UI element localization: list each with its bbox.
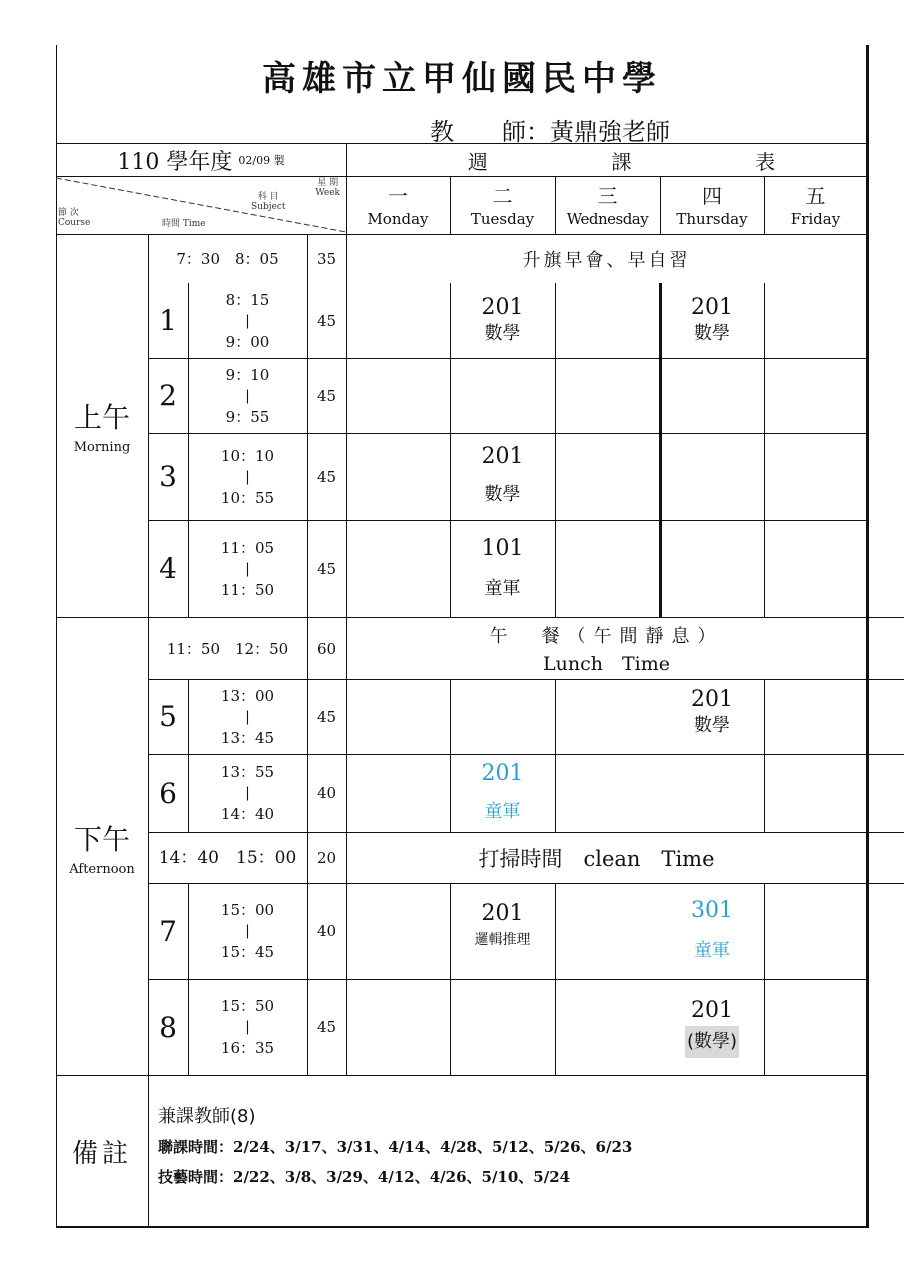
lesson-subject: 數學: [485, 475, 521, 515]
time-label-cn: 時間: [162, 219, 180, 229]
period-end: 9：00: [226, 330, 270, 354]
section-label-cn: 上午: [74, 396, 130, 436]
subject-label-en: Subject: [251, 202, 286, 212]
day-en: Wednesday: [567, 209, 648, 229]
period-end: 14：40: [221, 802, 274, 826]
day-header-friday: 五 Friday: [764, 177, 867, 234]
lesson-subject: 童軍: [485, 569, 521, 609]
period-number: 6: [148, 754, 188, 832]
lesson-class: 201: [482, 439, 524, 475]
section-label-cn: 下午: [74, 818, 130, 858]
period-number: 8: [148, 979, 188, 1075]
lesson-cell[interactable]: 301 童軍: [660, 883, 764, 979]
lesson-cell[interactable]: 201 邏輯推理: [450, 883, 555, 979]
period-number: 5: [148, 679, 188, 754]
cleaning-minutes: 20: [307, 833, 346, 883]
remarks-label: 備註: [56, 1076, 148, 1226]
lesson-subject: (數學): [685, 1026, 739, 1058]
lesson-subject: 童軍: [485, 793, 521, 831]
lunch-minutes: 60: [307, 618, 346, 679]
teacher-name: 教 師：黃鼎強老師: [430, 112, 830, 142]
lesson-class: 301: [691, 891, 733, 931]
divider: [764, 883, 765, 1075]
remarks-content: 兼課教師(8) 聯課時間：2/24、3/17、3/31、4/14、4/28、5/…: [158, 1102, 858, 1212]
lesson-subject: 數學: [485, 321, 521, 347]
lesson-cell[interactable]: 201 數學: [450, 283, 555, 358]
period-start: 15：50: [221, 994, 274, 1018]
day-header-wednesday: 三 Wednesday: [555, 177, 660, 234]
period-time: 15：00|15：45: [188, 883, 307, 979]
table-title-char: 週: [468, 146, 488, 175]
section-label-en: Morning: [74, 440, 131, 455]
period-end: 13：45: [221, 726, 274, 750]
period-end: 15：45: [221, 940, 274, 964]
period-minutes: 45: [307, 358, 346, 433]
period-start: 13：00: [221, 684, 274, 708]
lesson-class: 201: [482, 295, 524, 321]
lesson-class: 201: [691, 996, 733, 1026]
made-date: 02/09 製: [238, 152, 284, 168]
period-minutes: 40: [307, 754, 346, 832]
period-time: 8：15|9：00: [188, 283, 307, 358]
lesson-class: 201: [691, 295, 733, 321]
divider: [555, 883, 556, 1075]
section-label-en: Afternoon: [69, 862, 135, 877]
day-en: Friday: [791, 209, 840, 229]
lunch-label-en: Lunch Time: [543, 652, 670, 676]
period-start: 13：55: [221, 760, 274, 784]
period-end: 16：35: [221, 1036, 274, 1060]
week-label-cn: 星 期: [315, 178, 340, 188]
lesson-cell[interactable]: 201 (數學): [660, 979, 764, 1075]
week-label-en: Week: [315, 188, 340, 198]
day-en: Monday: [367, 209, 428, 229]
table-title-char: 表: [755, 146, 775, 175]
remarks-line: 技藝時間：2/22、3/8、3/29、4/12、4/26、5/10、5/24: [158, 1162, 858, 1192]
day-cn: 三: [598, 183, 618, 209]
period-time: 13：00|13：45: [188, 679, 307, 754]
divider: [764, 283, 765, 617]
lesson-cell[interactable]: 201 數學: [450, 433, 555, 520]
cleaning-time: 14：40 15：00: [148, 833, 307, 883]
cleaning-label: 打掃時間 clean Time: [346, 833, 867, 883]
lunch-label: 午 餐（午間靜息） Lunch Time: [346, 618, 867, 679]
period-end: 10：55: [221, 486, 274, 510]
period-start: 15：00: [221, 898, 274, 922]
table-title: 週 課 表: [346, 144, 867, 176]
lesson-subject: 數學: [694, 713, 730, 739]
day-header-tuesday: 二 Tuesday: [450, 177, 555, 234]
border-bottom: [56, 1226, 868, 1228]
period-minutes: 45: [307, 283, 346, 358]
academic-year: 110 學年度 02/09 製: [56, 144, 346, 176]
section-morning: 上午 Morning: [56, 390, 148, 460]
corner-header: 星 期 Week 科 目 Subject 節 次 Course 時間 Time: [56, 176, 346, 234]
lesson-cell[interactable]: 201 數學: [660, 283, 764, 358]
lesson-class: 101: [482, 529, 524, 569]
period-time: 10：10|10：55: [188, 433, 307, 520]
lunch-time: 11：50 12：50: [148, 618, 307, 679]
remarks-line: 兼課教師(8): [158, 1102, 858, 1132]
period-start: 11：05: [221, 536, 274, 560]
assembly-minutes: 35: [307, 235, 346, 283]
period-start: 9：10: [226, 363, 270, 387]
period-time: 11：05|11：50: [188, 520, 307, 617]
academic-year-label: 110 學年度: [117, 145, 232, 176]
period-number: 7: [148, 883, 188, 979]
divider: [555, 283, 556, 617]
lesson-cell[interactable]: 201 童軍: [450, 754, 555, 832]
lesson-subject: 童軍: [694, 931, 730, 971]
period-time: 9：10|9：55: [188, 358, 307, 433]
period-number: 3: [148, 433, 188, 520]
period-number: 4: [148, 520, 188, 617]
lesson-cell[interactable]: 101 童軍: [450, 520, 555, 617]
lesson-class: 201: [691, 687, 733, 713]
day-en: Thursday: [676, 209, 747, 229]
day-en: Tuesday: [471, 209, 534, 229]
period-end: 11：50: [221, 578, 274, 602]
period-minutes: 45: [307, 679, 346, 754]
table-title-char: 課: [611, 146, 631, 175]
lesson-class: 201: [482, 901, 524, 927]
remarks-line: 聯課時間：2/24、3/17、3/31、4/14、4/28、5/12、5/26、…: [158, 1132, 858, 1162]
divider: [555, 679, 556, 832]
school-name: 高雄市立甲仙國民中學: [56, 50, 868, 100]
day-cn: 一: [388, 183, 408, 209]
course-label-cn: 節 次: [58, 208, 90, 218]
lunch-label-cn: 午 餐（午間靜息）: [490, 622, 724, 652]
period-time: 13：55|14：40: [188, 754, 307, 832]
period-start: 8：15: [226, 288, 270, 312]
lesson-cell[interactable]: 201 數學: [660, 679, 764, 754]
time-label-en: Time: [183, 219, 206, 229]
lesson-subject: 邏輯推理: [475, 927, 531, 953]
period-minutes: 45: [307, 433, 346, 520]
day-header-thursday: 四 Thursday: [660, 177, 764, 234]
assembly-label: 升旗早會、早自習: [346, 235, 867, 283]
day-cn: 二: [493, 183, 513, 209]
course-label-en: Course: [58, 218, 90, 228]
day-header-monday: 一 Monday: [346, 177, 450, 234]
lesson-class: 201: [482, 755, 524, 793]
period-minutes: 45: [307, 979, 346, 1075]
day-cn: 五: [806, 183, 826, 209]
day-cn: 四: [702, 183, 722, 209]
period-start: 10：10: [221, 444, 274, 468]
lesson-subject: 數學: [694, 321, 730, 347]
period-end: 9：55: [226, 405, 270, 429]
period-time: 15：50|16：35: [188, 979, 307, 1075]
period-number: 2: [148, 358, 188, 433]
period-minutes: 45: [307, 520, 346, 617]
subject-label-cn: 科 目: [251, 192, 286, 202]
assembly-time: 7：30 8：05: [148, 235, 307, 283]
divider: [56, 1075, 868, 1076]
section-afternoon: 下午 Afternoon: [56, 812, 148, 882]
period-number: 1: [148, 283, 188, 358]
divider: [764, 679, 765, 832]
period-minutes: 40: [307, 883, 346, 979]
